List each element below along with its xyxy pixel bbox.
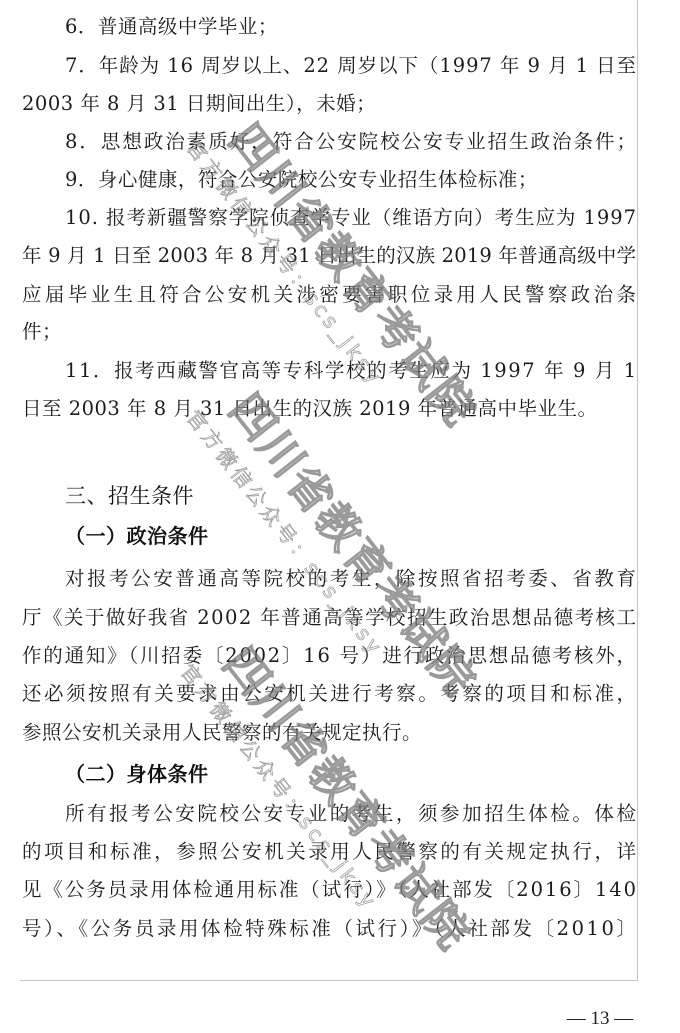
text-line: 件； bbox=[22, 317, 62, 347]
text-line: 对报考公安普通高等院校的考生，除按照省招考委、省教育 bbox=[65, 564, 636, 594]
text-line: 8．思想政治素质好，符合公安院校公安专业招生政治条件； bbox=[65, 127, 636, 157]
text-line: 9．身心健康，符合公安院校公安专业招生体检标准； bbox=[65, 165, 538, 195]
text-line: 参照公安机关录用人民警察的有关规定执行。 bbox=[22, 718, 422, 748]
watermark-title: 四川省教育考试院 bbox=[218, 108, 495, 437]
document-page: 6．普通高级中学毕业；7．年龄为 16 周岁以上、22 周岁以下（1997 年 … bbox=[0, 0, 680, 1033]
text-line: 所有报考公安院校公安专业的考生，须参加招生体检。体检 bbox=[65, 799, 636, 829]
subheading-political-conditions: （一）政治条件 bbox=[65, 521, 209, 551]
watermark: 四川省教育考试院 官方微信公众号：scs_jksy bbox=[193, 378, 494, 726]
page-number: — 13 — bbox=[560, 1008, 640, 1030]
text-line: 作的通知》（川招委〔2002〕16 号）进行政治思想品德考核外， bbox=[22, 641, 636, 671]
text-line: 的项目和标准，参照公安机关录用人民警察的有关规定执行，详 bbox=[22, 837, 636, 867]
text-line: 年 9 月 1 日至 2003 年 8 月 31 日出生的汉族 2019 年普通… bbox=[22, 241, 636, 271]
text-line: 7．年龄为 16 周岁以上、22 周岁以下（1997 年 9 月 1 日至 bbox=[65, 51, 636, 81]
text-line: 6．普通高级中学毕业； bbox=[65, 12, 278, 42]
text-line: 10. 报考新疆警察学院侦查学专业（维语方向）考生应为 1997 bbox=[65, 203, 636, 233]
text-line: 号）、《公务员录用体检特殊标准（试行）》（人社部发〔2010〕 bbox=[22, 914, 636, 944]
text-line: 11．报考西藏警官高等专科学校的考生应为 1997 年 9 月 1 bbox=[65, 356, 636, 386]
subheading-physical-conditions: （二）身体条件 bbox=[65, 759, 209, 789]
bottom-margin-rule bbox=[20, 980, 638, 981]
text-line: 2003 年 8 月 31 日期间出生），未婚； bbox=[22, 89, 376, 119]
text-line: 日至 2003 年 8 月 31 日出生的汉族 2019 年普通高中毕业生。 bbox=[22, 394, 598, 424]
text-line: 见《公务员录用体检通用标准（试行）》（人社部发〔2016〕140 bbox=[22, 875, 636, 905]
text-line: 应届毕业生且符合公安机关涉密要害职位录用人民警察政治条 bbox=[22, 280, 636, 310]
text-line: 厅《关于做好我省 2002 年普通高等学校招生政治思想品德考核工 bbox=[22, 603, 636, 633]
text-line: 还必须按照有关要求由公安机关进行考察。考察的项目和标准， bbox=[22, 679, 636, 709]
section-heading: 三、招生条件 bbox=[65, 481, 194, 511]
